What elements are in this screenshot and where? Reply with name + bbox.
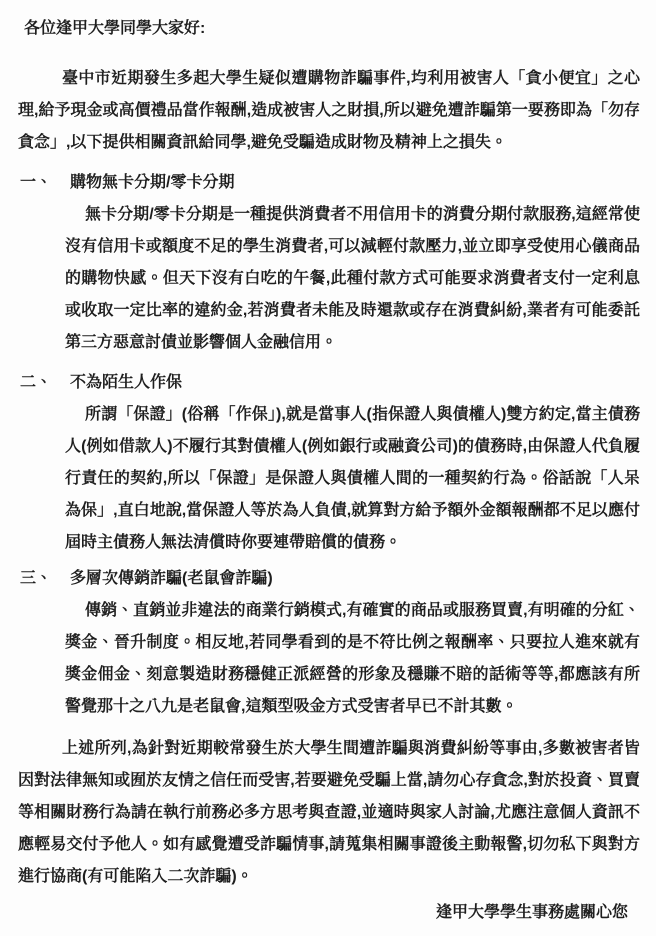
section-title: 多層次傳銷詐騙(老鼠會詐騙) <box>70 563 640 595</box>
section-header: 二、 不為陌生人作保 <box>18 367 640 399</box>
section-body: 無卡分期/零卡分期是一種提供消費者不用信用卡的消費分期付款服務,這經常使沒有信用… <box>65 199 640 359</box>
section-title: 不為陌生人作保 <box>70 367 640 399</box>
section-number: 三、 <box>20 563 70 595</box>
section-header: 三、 多層次傳銷詐騙(老鼠會詐騙) <box>18 563 640 595</box>
intro-paragraph: 臺中市近期發生多起大學生疑似遭購物詐騙事件,均利用被害人「貪小便宜」之心理,給予… <box>18 63 640 159</box>
section-title: 購物無卡分期/零卡分期 <box>70 167 640 199</box>
section-body: 傳銷、直銷並非違法的商業行銷模式,有確實的商品或服務買賣,有明確的分紅、獎金、晉… <box>65 595 640 723</box>
section-body: 所謂「保證」(俗稱「作保」),就是當事人(指保證人與債權人)雙方約定,當主債務人… <box>65 399 640 559</box>
section-number: 二、 <box>20 367 70 399</box>
signature-line: 逢甲大學學生事務處關心您 <box>18 897 628 929</box>
greeting-line: 各位逢甲大學同學大家好: <box>24 13 640 45</box>
section-number: 一、 <box>20 167 70 199</box>
section-pyramid-scam: 三、 多層次傳銷詐騙(老鼠會詐騙) 傳銷、直銷並非違法的商業行銷模式,有確實的商… <box>18 563 640 723</box>
section-guarantor-scam: 二、 不為陌生人作保 所謂「保證」(俗稱「作保」),就是當事人(指保證人與債權人… <box>18 367 640 559</box>
document-page: 各位逢甲大學同學大家好: 臺中市近期發生多起大學生疑似遭購物詐騙事件,均利用被害… <box>18 13 640 936</box>
closing-paragraph: 上述所列,為針對近期較常發生於大學生間遭詐騙與消費糾紛等事由,多數被害者皆因對法… <box>18 733 640 893</box>
section-installment-scam: 一、 購物無卡分期/零卡分期 無卡分期/零卡分期是一種提供消費者不用信用卡的消費… <box>18 167 640 359</box>
section-header: 一、 購物無卡分期/零卡分期 <box>18 167 640 199</box>
